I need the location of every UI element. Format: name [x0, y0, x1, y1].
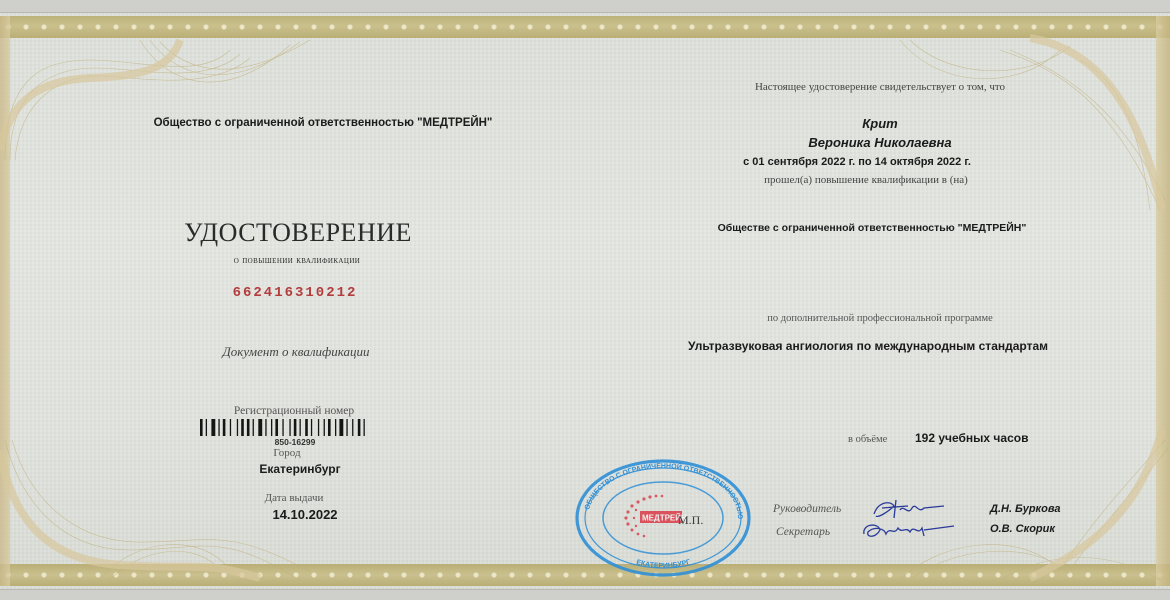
serial-number: 662416310212 — [233, 285, 358, 301]
program-label: по дополнительной профессиональной прогр… — [767, 313, 993, 324]
signature-icon — [858, 518, 958, 542]
certificate-sheet: Общество с ограниченной ответственностью… — [0, 0, 1170, 600]
head-name: Д.Н. Буркова — [990, 503, 1060, 515]
certificate-subtitle: о повышении квалификации — [234, 255, 361, 266]
svg-text:ОБЩЕСТВО С ОГРАНИЧЕННОЙ ОТВЕТС: ОБЩЕСТВО С ОГРАНИЧЕННОЙ ОТВЕТСТВЕННОСТЬЮ… — [574, 458, 743, 519]
program-name: Ультразвуковая ангиология по международн… — [648, 339, 1088, 354]
issue-date: 14.10.2022 — [272, 507, 337, 522]
seal-stamp-icon: ОБЩЕСТВО С ОГРАНИЧЕННОЙ ОТВЕТСТВЕННОСТЬЮ… — [574, 458, 752, 578]
head-label: Руководитель — [773, 503, 841, 515]
ornamental-border-left — [0, 16, 10, 586]
certificate-title: УДОСТОВЕРЕНИЕ — [184, 218, 412, 248]
ornamental-border-top — [0, 16, 1170, 38]
holder-surname: Крит — [862, 116, 897, 131]
city-value: Екатеринбург — [259, 462, 340, 476]
bottom-edge — [0, 589, 1170, 600]
svg-text:ЕКАТЕРИНБУРГ: ЕКАТЕРИНБУРГ — [635, 559, 691, 570]
guilloche-top-left-icon — [0, 20, 330, 170]
training-organization: Обществе с ограниченной ответственностью… — [718, 222, 1027, 234]
intro-text: Настоящее удостоверение свидетельствует … — [755, 81, 1005, 93]
hours-value: 192 учебных часов — [915, 431, 1028, 445]
registration-label: Регистрационный номер — [234, 405, 354, 417]
hours-label: в объёме — [848, 434, 887, 445]
secretary-label: Секретарь — [776, 526, 830, 538]
guilloche-top-right-icon — [880, 20, 1170, 220]
training-period: с 01 сентября 2022 г. по 14 октября 2022… — [743, 156, 971, 168]
top-edge — [0, 0, 1170, 13]
svg-text:М.П.: М.П. — [678, 513, 703, 527]
city-label: Город — [273, 447, 300, 459]
issuer-organization: Общество с ограниченной ответственностью… — [154, 117, 493, 129]
holder-given-names: Вероника Николаевна — [808, 135, 951, 150]
registration-number: 850-16299 — [275, 437, 316, 447]
passed-text: прошел(а) повышение квалификации в (на) — [764, 174, 968, 186]
secretary-name: О.В. Скорик — [990, 523, 1055, 535]
barcode-icon — [200, 419, 405, 436]
document-type: Документ о квалификации — [223, 344, 370, 360]
issue-date-label: Дата выдачи — [265, 492, 324, 504]
ornamental-border-right — [1156, 16, 1170, 586]
